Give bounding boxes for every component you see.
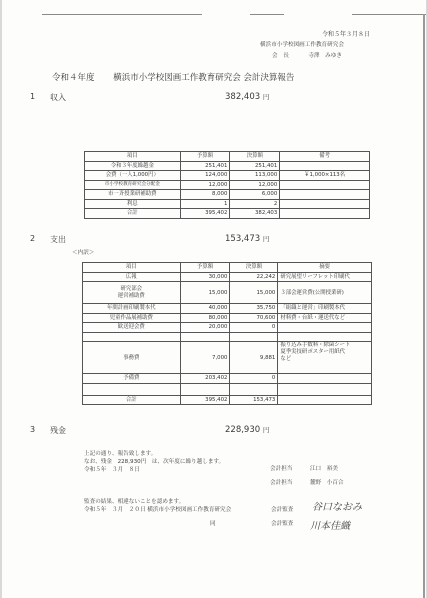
expense-table-header: 項目 予算額 決算額 摘要 (83, 263, 372, 273)
expense-number: 2 (30, 234, 35, 243)
treasurer-role: 会計担当 (270, 480, 292, 486)
income-table: 項目 予算額 決算額 備考 令和３年度繰越金 251,401 251,401 会… (84, 151, 370, 219)
row-budget (180, 383, 230, 395)
row-item: 児童作品展補助費 (83, 313, 181, 323)
organization-name: 横浜市小学校図画工作教育研究会 (260, 40, 344, 48)
president-title: 会 長 (272, 53, 289, 59)
income-amount-unit: 円 (263, 93, 270, 101)
row-actual: 382,403 (230, 209, 280, 219)
closing-line-2: なお、残金 228,930円 は、次年度に繰り越します。 (84, 459, 224, 467)
treasurer-name: 麓野 小百合 (310, 480, 344, 486)
column-header: 摘要 (278, 263, 372, 273)
row-item: 歓送迎会費 (83, 323, 181, 333)
row-note (280, 199, 370, 209)
row-item: 年間計画印刷製本代 (83, 304, 181, 314)
table-row: 会費（一人1,000円） 124,000 113,000 ￥1,000×113名 (85, 171, 370, 181)
row-budget: 12,000 (180, 180, 230, 190)
expense-table: 項目 予算額 決算額 摘要 広報 30,000 22,242 研究展望リーフレッ… (82, 262, 372, 405)
table-row: 令和３年度繰越金 251,401 251,401 (85, 161, 370, 171)
column-header: 項目 (83, 263, 181, 273)
treasurer-role: 会計担当 (270, 466, 292, 472)
row-item: 合計 (83, 395, 181, 405)
expense-amount-unit: 円 (263, 235, 270, 243)
row-item: 合計 (85, 209, 181, 219)
auditor-2-role: 会計監査 (271, 521, 293, 529)
row-actual: 113,000 (230, 171, 280, 181)
row-budget: 203,402 (180, 374, 230, 384)
income-amount: 382,403 円 (225, 92, 269, 102)
row-item: 広報 (83, 272, 181, 282)
row-item: 事務費 (83, 342, 181, 374)
row-note (280, 161, 370, 171)
row-note (278, 383, 372, 395)
row-item: 研究部会 運営補助費 (83, 282, 181, 304)
scan-edge-line (250, 14, 284, 15)
report-title: 横浜市小学校図画工作教育研究会 会計決算報告 (113, 73, 294, 83)
table-total-row: 合計 395,402 153,473 (83, 395, 372, 405)
row-note (280, 180, 370, 190)
president-name: 寺澤 みゆき (308, 53, 342, 59)
row-actual: 70,600 (230, 313, 278, 323)
row-item (83, 383, 181, 395)
president-line: 会 長 寺澤 みゆき (272, 51, 342, 59)
row-note: 振り込み手数料・除菌シート 夏季実技研ポスター用紙代 など (278, 342, 372, 374)
table-row: 予備費 203,402 0 (83, 374, 372, 384)
closing-statement: 上記の通り、報告致します。 なお、残金 228,930円 は、次年度に繰り越しま… (84, 451, 224, 474)
row-actual: 6,000 (230, 190, 280, 200)
closing-line-1: 上記の通り、報告致します。 (84, 451, 224, 459)
row-budget (180, 332, 230, 342)
row-budget: 40,000 (180, 304, 230, 314)
table-row: 児童作品展補助費 80,000 70,600 材料費・台紙・運送代など (83, 313, 372, 323)
row-note (278, 323, 372, 333)
row-item: 会費（一人1,000円） (85, 171, 181, 181)
row-budget: 15,000 (180, 282, 230, 304)
row-actual: 35,750 (230, 304, 278, 314)
row-item: 利息 (85, 199, 181, 209)
same-mark: 同 (210, 521, 216, 529)
income-label: 収入 (50, 92, 66, 103)
column-header: 項目 (85, 152, 181, 162)
row-budget: 7,000 (180, 342, 230, 374)
table-total-row: 合計 395,402 382,403 (85, 209, 370, 219)
auditor-1-role: 会計監査 (271, 507, 293, 515)
row-actual: 0 (230, 323, 278, 333)
row-note (278, 395, 372, 405)
row-actual: 15,000 (230, 282, 278, 304)
row-budget: 30,000 (180, 272, 230, 282)
row-note: 「組織と運営」印刷製本代 (278, 304, 372, 314)
balance-label: 残金 (50, 425, 66, 436)
scan-edge-line (42, 14, 202, 15)
row-note (278, 374, 372, 384)
row-budget: 395,402 (180, 209, 230, 219)
column-header: 決算額 (230, 263, 278, 273)
row-note: ￥1,000×113名 (280, 171, 370, 181)
expense-amount: 153,473 円 (225, 234, 269, 244)
closing-date: 令和５年 ３月 ８日 (84, 467, 224, 475)
row-note: 研究展望リーフレット印刷代 (278, 272, 372, 282)
auditor-2-signature: 川本佳織 (310, 517, 350, 532)
balance-number: 3 (30, 425, 35, 434)
breakdown-label: ＜内訳＞ (72, 248, 94, 256)
table-row: 広報 30,000 22,242 研究展望リーフレット印刷代 (83, 272, 372, 282)
row-actual: 153,473 (230, 395, 278, 405)
row-actual: 0 (230, 374, 278, 384)
table-row: 歓送迎会費 20,000 0 (83, 323, 372, 333)
table-row: 年間計画印刷製本代 40,000 35,750 「組織と運営」印刷製本代 (83, 304, 372, 314)
column-header: 予算額 (180, 152, 230, 162)
row-actual (230, 383, 278, 395)
row-budget: 251,401 (180, 161, 230, 171)
table-row: 市一斉授業研補助費 8,000 6,000 (85, 190, 370, 200)
balance-amount-unit: 円 (263, 426, 270, 434)
balance-amount: 228,930 円 (225, 425, 269, 435)
row-note (278, 332, 372, 342)
row-item: 市小学校教育研究会分配金 (85, 180, 181, 190)
row-actual: 2 (230, 199, 280, 209)
row-item: 令和３年度繰越金 (85, 161, 181, 171)
auditor-1-signature: 谷口なおみ (312, 498, 362, 513)
report-date: 令和５年３月８日 (322, 29, 370, 38)
row-budget: 395,402 (180, 395, 230, 405)
column-header: 予算額 (180, 263, 230, 273)
row-budget: 20,000 (180, 323, 230, 333)
audit-statement-text: 監査の結果、相違ないことを認めます。 (84, 499, 231, 507)
table-row: 利息 1 2 (85, 199, 370, 209)
column-header: 決算額 (230, 152, 280, 162)
treasurer-1: 会計担当 江口 裕美 (270, 466, 338, 474)
table-row-empty (83, 332, 372, 342)
document-page: 令和５年３月８日 横浜市小学校図画工作教育研究会 会 長 寺澤 みゆき 令和４年… (2, 0, 426, 598)
expense-label: 支出 (50, 234, 66, 245)
row-actual: 9,881 (230, 342, 278, 374)
balance-amount-value: 228,930 (225, 425, 260, 435)
row-note: ３部会運営費(公開授業研) (278, 282, 372, 304)
treasurer-name: 江口 裕美 (310, 466, 338, 472)
audit-statement: 監査の結果、相違ないことを認めます。 令和５年 ３月 ２０日 横浜市小学校図画工… (84, 499, 231, 515)
table-row: 事務費 7,000 9,881 振り込み手数料・除菌シート 夏季実技研ポスター用… (83, 342, 372, 374)
page-title: 令和４年度 横浜市小学校図画工作教育研究会 会計決算報告 (52, 71, 294, 83)
income-number: 1 (30, 92, 35, 101)
row-item: 市一斉授業研補助費 (85, 190, 181, 200)
column-header: 備考 (280, 152, 370, 162)
income-amount-value: 382,403 (225, 92, 260, 102)
expense-amount-value: 153,473 (225, 234, 260, 244)
row-item: 予備費 (83, 374, 181, 384)
row-note: 材料費・台紙・運送代など (278, 313, 372, 323)
table-row: 市小学校教育研究会分配金 12,000 12,000 (85, 180, 370, 190)
scan-edge-line (423, 14, 425, 598)
row-note (280, 190, 370, 200)
row-budget: 80,000 (180, 313, 230, 323)
row-budget: 1 (180, 199, 230, 209)
treasurer-2: 会計担当 麓野 小百合 (270, 480, 344, 488)
table-row: 研究部会 運営補助費 15,000 15,000 ３部会運営費(公開授業研) (83, 282, 372, 304)
audit-date-org: 令和５年 ３月 ２０日 横浜市小学校図画工作教育研究会 (84, 507, 231, 515)
row-actual (230, 332, 278, 342)
row-item (83, 332, 181, 342)
scan-edge-line (352, 14, 426, 15)
row-note (280, 209, 370, 219)
fiscal-year: 令和４年度 (52, 73, 95, 83)
table-row-empty (83, 383, 372, 395)
row-budget: 8,000 (180, 190, 230, 200)
row-actual: 251,401 (230, 161, 280, 171)
income-table-header: 項目 予算額 決算額 備考 (85, 152, 370, 162)
row-actual: 22,242 (230, 272, 278, 282)
row-budget: 124,000 (180, 171, 230, 181)
row-actual: 12,000 (230, 180, 280, 190)
